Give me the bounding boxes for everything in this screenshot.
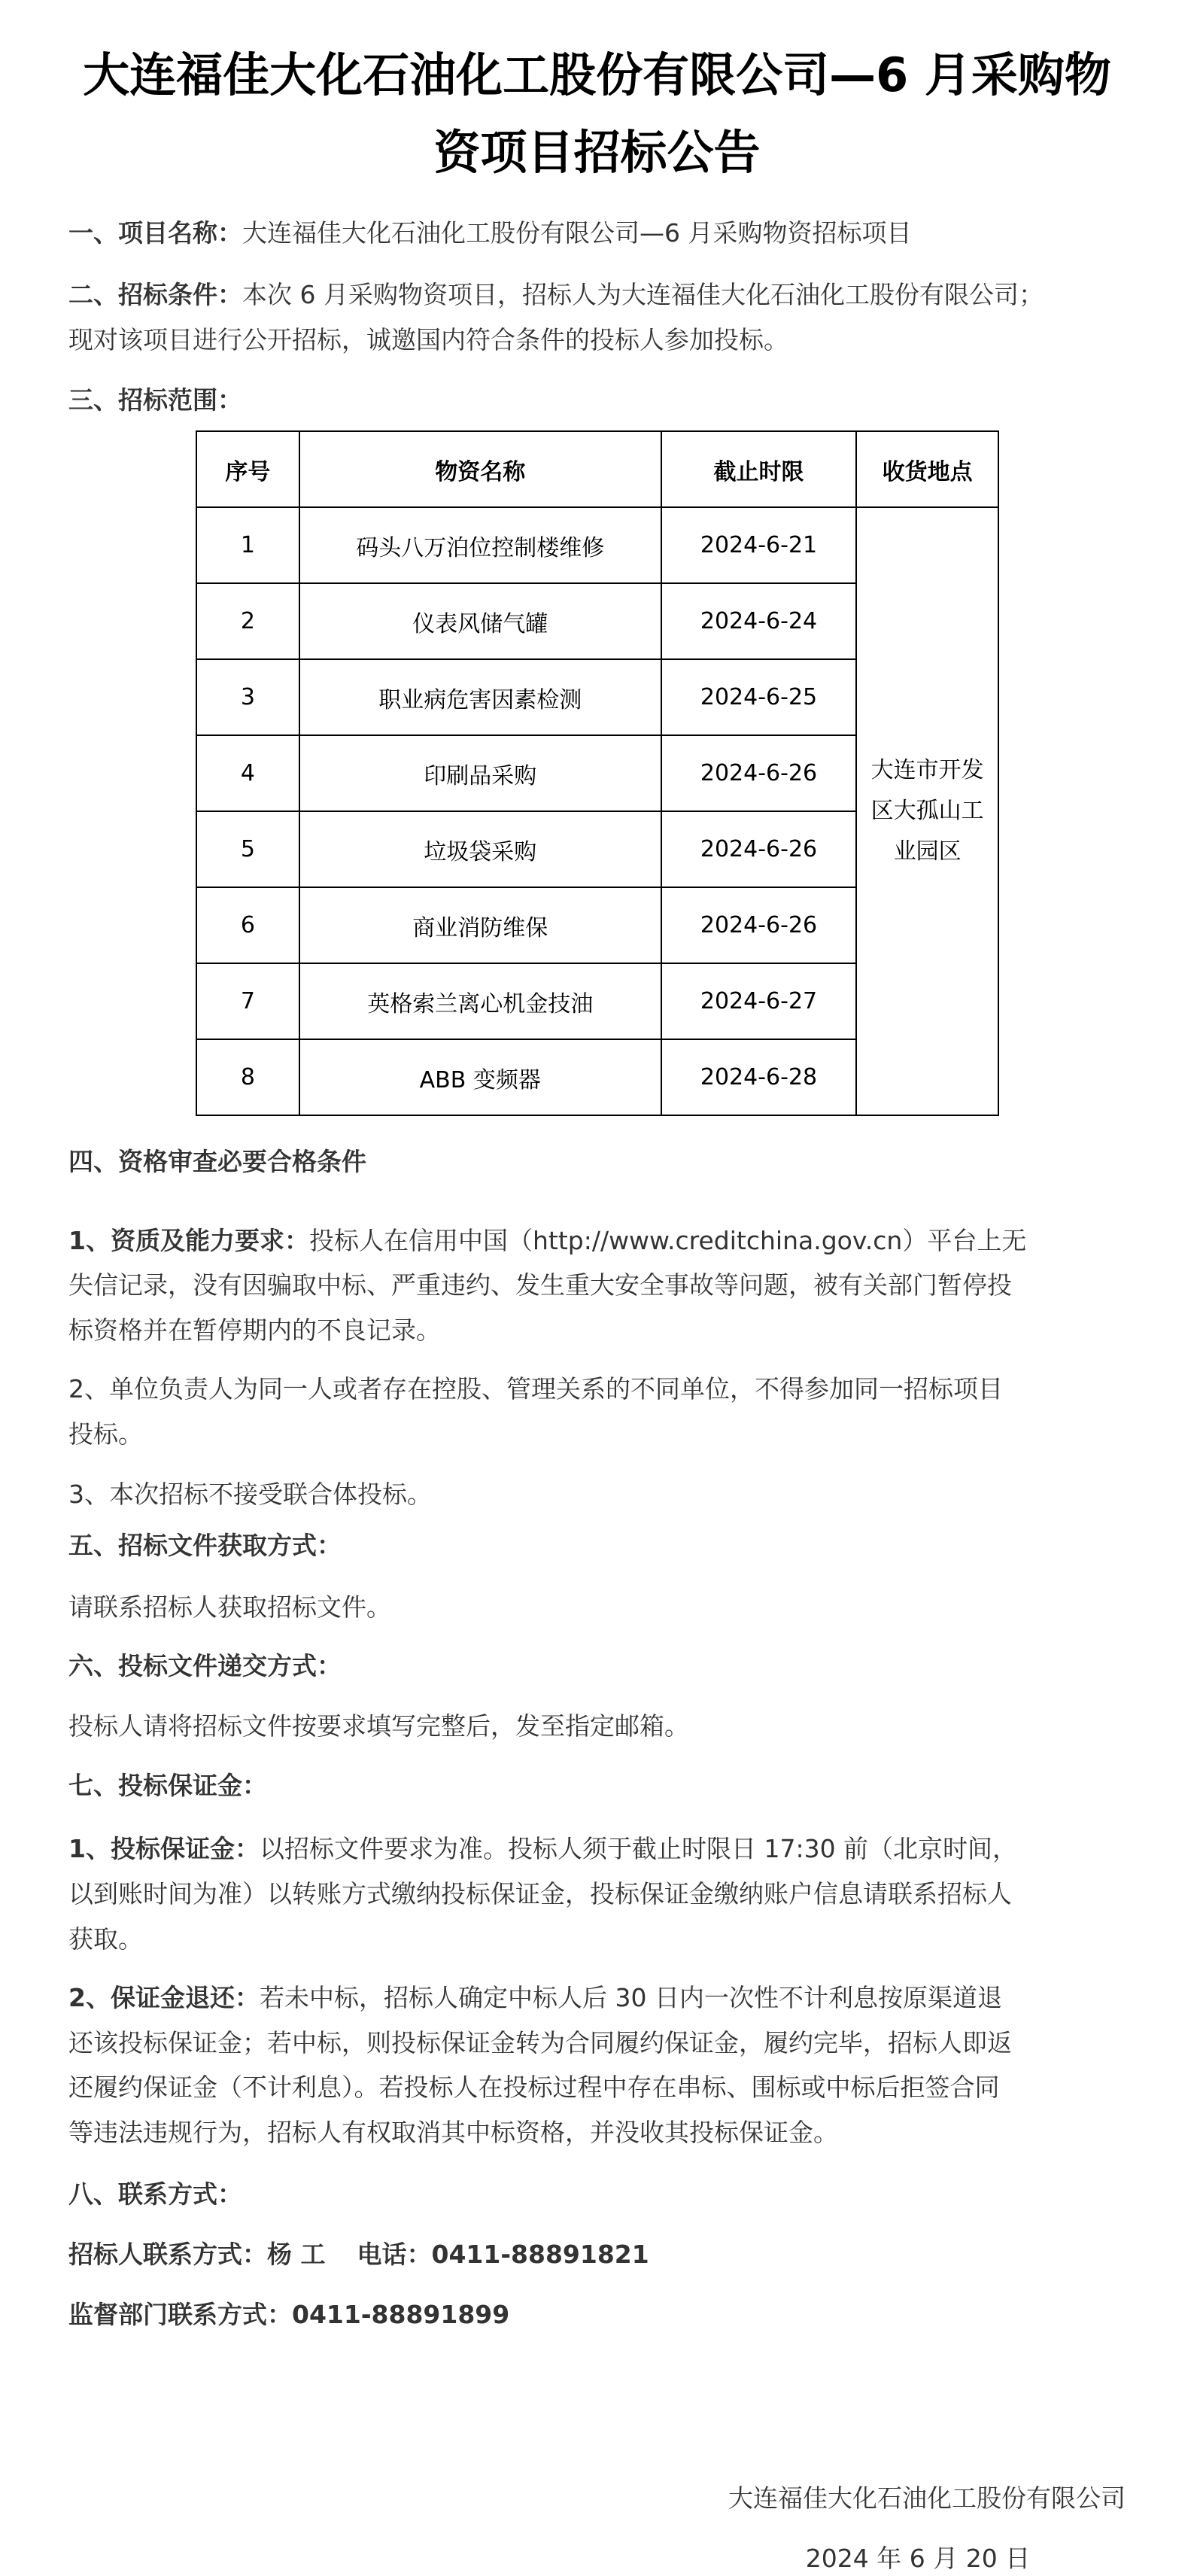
bid-bond-item-2-line-4: 等违法违规行为，招标人有权取消其中标资格，并没收其投标保证金。 — [68, 2116, 838, 2149]
bid-bond-item-2-line-2: 还该投标保证金；若中标，则投标保证金转为合同履约保证金，履约完毕，招标人即返 — [68, 2027, 1012, 2060]
bid-bond-item-1-line-3: 获取。 — [68, 1923, 143, 1956]
cell-deadline: 2024-6-21 — [661, 507, 857, 583]
section-bid-conditions: 二、招标条件：本次 6 月采购物资项目，招标人为大连福佳大化石油化工股份有限公司… — [68, 278, 1044, 312]
contact-phone[interactable]: 0411-88891821 — [432, 2240, 649, 2269]
section-doc-acquisition-text: 请联系招标人获取招标文件。 — [68, 1591, 391, 1624]
cell-no: 1 — [196, 507, 299, 583]
cell-no: 7 — [196, 963, 299, 1039]
item-label: 2、保证金退还： — [68, 1983, 260, 2012]
page-title-line-2: 资项目招标公告 — [0, 126, 1194, 179]
cell-item-name: 职业病危害因素检测 — [299, 659, 661, 735]
section-doc-acquisition-heading: 五、招标文件获取方式： — [68, 1529, 342, 1562]
section-project-name: 一、项目名称：大连福佳大化石油化工股份有限公司—6 月采购物资招标项目 — [68, 217, 912, 250]
table-row: 1 码头八万泊位控制楼维修 2024-6-21 大连市开发区大孤山工业园区 — [196, 507, 998, 583]
cell-deadline: 2024-6-26 — [661, 735, 857, 811]
contact-name: 杨 工 — [267, 2240, 326, 2269]
cell-deadline: 2024-6-24 — [661, 583, 857, 659]
cell-deadline: 2024-6-28 — [661, 1039, 857, 1115]
table-header-row: 序号 物资名称 截止时限 收货地点 — [196, 431, 998, 507]
header-item-name: 物资名称 — [299, 431, 661, 507]
section-bid-scope-heading: 三、招标范围： — [68, 384, 242, 417]
signature-company: 大连福佳大化石油化工股份有限公司 — [679, 2482, 1126, 2515]
section-qualification-heading: 四、资格审查必要合格条件 — [68, 1145, 366, 1179]
item-text: 投标人在信用中国（http://www.creditchina.gov.cn）平… — [309, 1226, 1026, 1255]
item-text: 若未中标，招标人确定中标人后 30 日内一次性不计利息按原渠道退 — [260, 1983, 1002, 2012]
cell-item-name: 印刷品采购 — [299, 735, 661, 811]
section-text: 本次 6 月采购物资项目，招标人为大连福佳大化石油化工股份有限公司； — [242, 280, 1044, 309]
qualification-item-1-line-2: 失信记录，没有因骗取中标、严重违约、发生重大安全事故等问题，被有关部门暂停投 — [68, 1269, 1012, 1302]
supervisor-phone[interactable]: 0411-88891899 — [292, 2300, 509, 2329]
cell-no: 2 — [196, 583, 299, 659]
header-delivery-location: 收货地点 — [856, 431, 998, 507]
header-no: 序号 — [196, 431, 299, 507]
section-submission-heading: 六、投标文件递交方式： — [68, 1650, 342, 1683]
cell-deadline: 2024-6-26 — [661, 887, 857, 963]
item-text: 以招标文件要求为准。投标人须于截止时限日 17:30 前（北京时间， — [260, 1834, 1017, 1863]
cell-deadline: 2024-6-26 — [661, 811, 857, 887]
cell-deadline: 2024-6-25 — [661, 659, 857, 735]
cell-delivery-location: 大连市开发区大孤山工业园区 — [856, 507, 998, 1115]
cell-deadline: 2024-6-27 — [661, 963, 857, 1039]
section-label: 二、招标条件： — [68, 280, 242, 309]
cell-no: 5 — [196, 811, 299, 887]
cell-item-name: ABB 变频器 — [299, 1039, 661, 1115]
section-bid-conditions-line-2: 现对该项目进行公开招标，诚邀国内符合条件的投标人参加投标。 — [68, 324, 788, 357]
page-title-line-1: 大连福佳大化石油化工股份有限公司—6 月采购物 — [0, 49, 1194, 102]
section-contact-heading: 八、联系方式： — [68, 2178, 242, 2211]
cell-no: 3 — [196, 659, 299, 735]
section-submission-text: 投标人请将招标文件按要求填写完整后，发至指定邮箱。 — [68, 1710, 689, 1743]
cell-no: 8 — [196, 1039, 299, 1115]
bid-scope-table: 序号 物资名称 截止时限 收货地点 1 码头八万泊位控制楼维修 2024-6-2… — [196, 430, 999, 1116]
signature-date: 2024 年 6 月 20 日 — [798, 2542, 1038, 2575]
cell-item-name: 英格索兰离心机金技油 — [299, 963, 661, 1039]
section-label: 一、项目名称： — [68, 218, 242, 248]
header-deadline: 截止时限 — [661, 431, 857, 507]
section-text: 大连福佳大化石油化工股份有限公司—6 月采购物资招标项目 — [242, 218, 912, 248]
item-label: 1、投标保证金： — [68, 1834, 260, 1863]
phone-label: 电话： — [357, 2240, 432, 2269]
qualification-item-3: 3、本次招标不接受联合体投标。 — [68, 1478, 432, 1511]
bid-bond-item-2: 2、保证金退还：若未中标，招标人确定中标人后 30 日内一次性不计利息按原渠道退 — [68, 1981, 1002, 2015]
bid-bond-item-2-line-3: 还履约保证金（不计利息）。若投标人在投标过程中存在串标、围标或中标后拒签合同 — [68, 2071, 1000, 2104]
qualification-item-2: 2、单位负责人为同一人或者存在控股、管理关系的不同单位，不得参加同一招标项目 — [68, 1373, 1003, 1406]
cell-item-name: 仪表风储气罐 — [299, 583, 661, 659]
qualification-item-2-line-2: 投标。 — [68, 1418, 143, 1451]
bid-bond-item-1: 1、投标保证金：以招标文件要求为准。投标人须于截止时限日 17:30 前（北京时… — [68, 1832, 1017, 1866]
supervisor-contact-line: 监督部门联系方式：0411-88891899 — [68, 2298, 509, 2331]
qualification-item-1: 1、资质及能力要求：投标人在信用中国（http://www.creditchin… — [68, 1224, 1026, 1258]
section-bid-bond-heading: 七、投标保证金： — [68, 1769, 267, 1802]
cell-item-name: 码头八万泊位控制楼维修 — [299, 507, 661, 583]
item-label: 1、资质及能力要求： — [68, 1226, 309, 1255]
supervisor-label: 监督部门联系方式： — [68, 2300, 292, 2329]
qualification-item-1-line-3: 标资格并在暂停期内的不良记录。 — [68, 1314, 441, 1347]
contact-label: 招标人联系方式： — [68, 2240, 267, 2269]
cell-item-name: 商业消防维保 — [299, 887, 661, 963]
cell-no: 4 — [196, 735, 299, 811]
cell-no: 6 — [196, 887, 299, 963]
bidder-contact-line: 招标人联系方式：杨 工电话：0411-88891821 — [68, 2238, 649, 2271]
cell-item-name: 垃圾袋采购 — [299, 811, 661, 887]
bid-bond-item-1-line-2: 以到账时间为准）以转账方式缴纳投标保证金，投标保证金缴纳账户信息请联系招标人 — [68, 1878, 1012, 1911]
